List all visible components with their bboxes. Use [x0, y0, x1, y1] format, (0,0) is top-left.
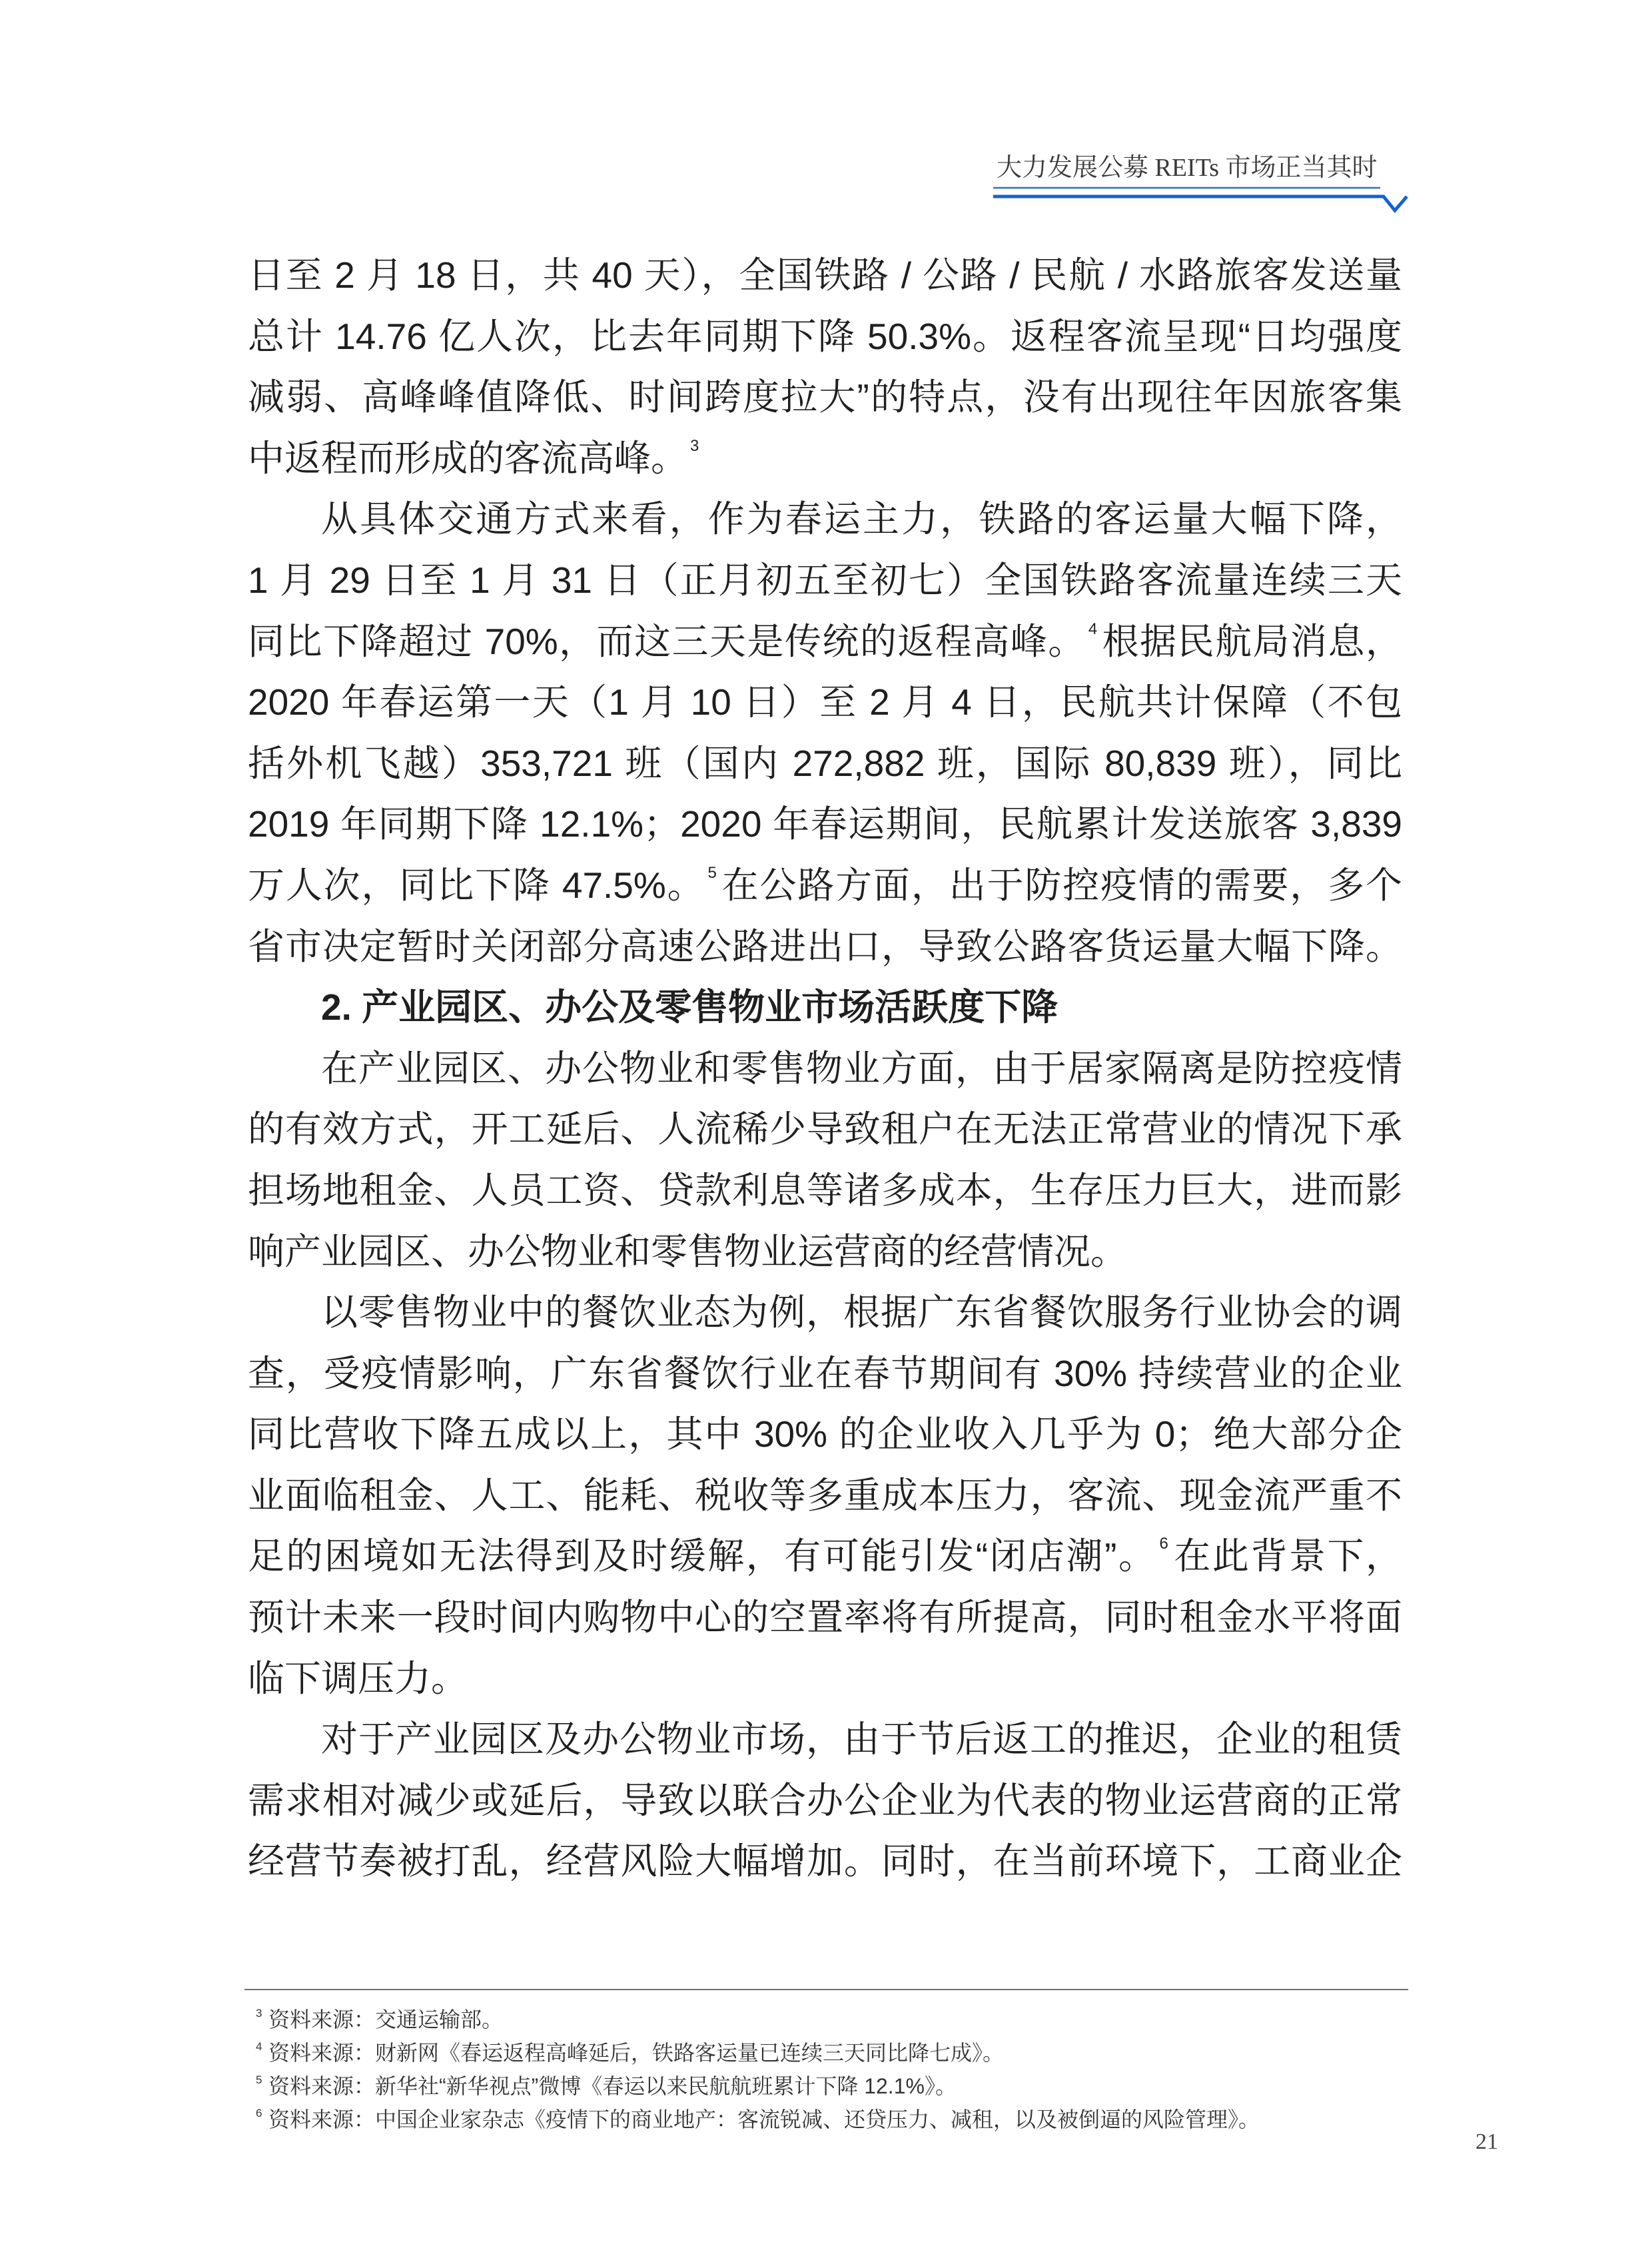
text-line: 需求相对减少或延后，导致以联合办公企业为代表的物业运营商的正常 — [248, 1770, 1402, 1832]
footnote-item: 6资料来源：中国企业家杂志《疫情下的商业地产：客流锐减、还贷压力、减租，以及被倒… — [256, 2103, 1260, 2136]
page-number: 21 — [1475, 2129, 1498, 2155]
text-line: 担场地租金、人员工资、贷款利息等诸多成本，生存压力巨大，进而影 — [248, 1160, 1402, 1222]
header-rule-decoration — [0, 0, 1652, 226]
text-line: 2019 年同期下降 12.1%；2020 年春运期间，民航累计发送旅客 3,8… — [248, 794, 1402, 855]
footnote-item: 3资料来源：交通运输部。 — [256, 2003, 1260, 2036]
text-segment: 在此背景下， — [1172, 1535, 1402, 1577]
body-text: 日至 2 月 18 日，共 40 天），全国铁路 / 公路 / 民航 / 水路旅… — [248, 245, 1402, 1892]
paragraph-first-line: 在产业园区、办公物业和零售物业方面，由于居家隔离是防控疫情 — [248, 1038, 1402, 1100]
text-line: 预计未来一段时间内购物中心的空置率将有所提高，同时租金水平将面 — [248, 1587, 1402, 1649]
footnote-text: 资料来源：新华社“新华视点”微博《春运以来民航航班累计下降 12.1%》。 — [268, 2074, 957, 2098]
chevron-down-icon — [993, 196, 1407, 210]
text-line: 的有效方式，开工延后、人流稀少导致租户在无法正常营业的情况下承 — [248, 1099, 1402, 1160]
paragraph-first-line: 从具体交通方式来看，作为春运主力，铁路的客运量大幅下降， — [248, 489, 1402, 550]
footnote-text: 资料来源：财新网《春运返程高峰延后，铁路客运量已连续三天同比降七成》。 — [268, 2041, 1004, 2065]
footnote-text: 资料来源：交通运输部。 — [268, 2008, 503, 2032]
footnotes: 3资料来源：交通运输部。 4资料来源：财新网《春运返程高峰延后，铁路客运量已连续… — [256, 2003, 1260, 2136]
text-line: 业面临租金、人工、能耗、税收等多重成本压力，客流、现金流严重不 — [248, 1465, 1402, 1527]
text-line: 总计 14.76 亿人次，比去年同期下降 50.3%。返程客流呈现“日均强度 — [248, 306, 1402, 368]
footnote-item: 4资料来源：财新网《春运返程高峰延后，铁路客运量已连续三天同比降七成》。 — [256, 2036, 1260, 2069]
paragraph-first-line: 对于产业园区及办公物业市场，由于节后返工的推迟，企业的租赁 — [248, 1709, 1402, 1770]
text-line: 同比营收下降五成以上，其中 30% 的企业收入几乎为 0；绝大部分企 — [248, 1404, 1402, 1465]
footnote-number: 6 — [256, 2107, 268, 2119]
text-line: 经营节奏被打乱，经营风险大幅增加。同时，在当前环境下，工商业企 — [248, 1831, 1402, 1892]
paragraph-first-line: 以零售物业中的餐饮业态为例，根据广东省餐饮服务行业协会的调 — [248, 1282, 1402, 1343]
document-page: 大力发展公募 REITs 市场正当其时 日至 2 月 18 日，共 40 天），… — [0, 0, 1652, 2242]
text-line: 2020 年春运第一天（1 月 10 日）至 2 月 4 日，民航共计保障（不包 — [248, 672, 1402, 733]
footnote-number: 5 — [256, 2074, 268, 2085]
text-line: 足的困境如无法得到及时缓解，有可能引发“闭店潮”。6在此背景下， — [248, 1526, 1402, 1587]
footnote-separator — [244, 1989, 1408, 1990]
text-line: 响产业园区、办公物业和零售物业运营商的经营情况。 — [248, 1222, 1402, 1283]
footnote-ref-6: 6 — [1160, 1535, 1168, 1553]
text-segment: 同比下降超过 70%，而这三天是传统的返程高峰。 — [248, 621, 1086, 662]
text-line: 同比下降超过 70%，而这三天是传统的返程高峰。4根据民航局消息， — [248, 611, 1402, 673]
text-segment: 足的困境如无法得到及时缓解，有可能引发“闭店潮”。 — [248, 1535, 1157, 1577]
text-segment: 根据民航局消息， — [1101, 621, 1402, 662]
footnote-item: 5资料来源：新华社“新华视点”微博《春运以来民航航班累计下降 12.1%》。 — [256, 2069, 1260, 2103]
text-segment: 在公路方面，出于防控疫情的需要，多个 — [721, 865, 1402, 906]
running-header-title: 大力发展公募 REITs 市场正当其时 — [997, 151, 1378, 185]
text-line: 中返程而形成的客流高峰。3 — [248, 428, 1402, 490]
footnote-ref-4: 4 — [1088, 620, 1097, 638]
footnote-number: 3 — [256, 2008, 268, 2019]
section-heading: 2. 产业园区、办公及零售物业市场活跃度下降 — [248, 977, 1402, 1038]
footnote-number: 4 — [256, 2041, 268, 2052]
text-line: 万人次，同比下降 47.5%。5在公路方面，出于防控疫情的需要，多个 — [248, 855, 1402, 917]
footnote-ref-5: 5 — [707, 864, 716, 882]
text-line: 日至 2 月 18 日，共 40 天），全国铁路 / 公路 / 民航 / 水路旅… — [248, 245, 1402, 306]
text-line: 查，受疫情影响，广东省餐饮行业在春节期间有 30% 持续营业的企业 — [248, 1343, 1402, 1405]
footnote-ref-3: 3 — [690, 437, 699, 455]
text-line: 省市决定暂时关闭部分高速公路进出口，导致公路客货运量大幅下降。 — [248, 917, 1402, 978]
text-segment: 中返程而形成的客流高峰。 — [248, 438, 687, 479]
text-line: 1 月 29 日至 1 月 31 日（正月初五至初七）全国铁路客流量连续三天 — [248, 550, 1402, 611]
text-segment: 万人次，同比下降 47.5%。 — [248, 865, 705, 906]
footnote-text: 资料来源：中国企业家杂志《疫情下的商业地产：客流锐减、还贷压力、减租，以及被倒逼… — [268, 2107, 1260, 2131]
text-line: 临下调压力。 — [248, 1649, 1402, 1710]
text-line: 减弱、高峰峰值降低、时间跨度拉大”的特点，没有出现往年因旅客集 — [248, 367, 1402, 428]
text-line: 括外机飞越）353,721 班（国内 272,882 班，国际 80,839 班… — [248, 733, 1402, 795]
